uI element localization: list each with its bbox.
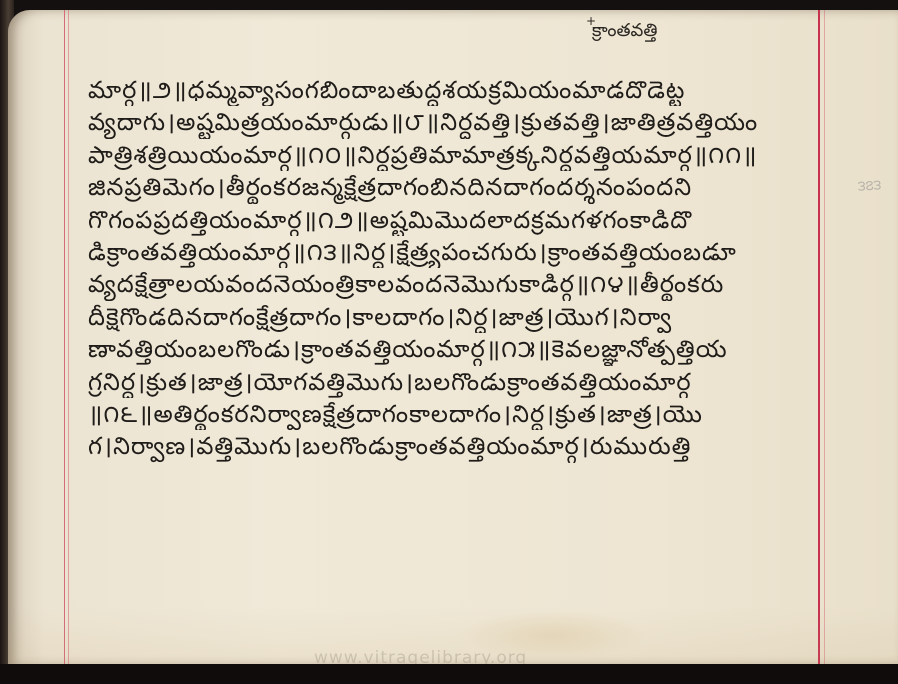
text-line: వ్యదక్షేత్రాలయవందనెయంత్రికాలవందనెమొగుకాడ… [88, 268, 818, 300]
text-line: మార్గ॥౨॥ధమ్మవ్యాసంగబిందాబతుద్ధశయక్రమియంమ… [88, 74, 818, 106]
manuscript-text: మార్గ॥౨॥ధమ్మవ్యాసంగబిందాబతుద్ధశయక్రమియంమ… [88, 74, 818, 463]
right-margin-rule-outer [824, 10, 825, 666]
text-line: గ్రనిర్ధ।క్రుత।జాత్ర।యోగవత్తిమొగు।బలగొండ… [88, 366, 818, 398]
right-margin-rule [818, 10, 820, 666]
bottom-edge [0, 664, 898, 684]
text-line: గ।నిర్వాణ।వత్తిమొగు।బలగొండుక్రాంతవత్తియం… [88, 430, 818, 462]
bleed-through-page-number: ౩౭౩ [857, 177, 882, 198]
text-line: ॥౧౬॥అతిర్థంకరనిర్వాణక్షేత్రదాగంకాలదాగం।న… [88, 398, 818, 430]
text-line: పాత్రిశత్రియియంమార్గ॥౧౦॥నిర్ధప్రతిమామాత్… [88, 139, 818, 171]
left-margin-rule [64, 10, 65, 666]
text-line: ణావత్తియంబలగొండు।క్రాంతవత్తియంమార్గ॥౧౫॥క… [88, 333, 818, 365]
text-line: గొగంపప్రదత్తియంమార్గ॥౧౨॥అష్టమిమొదలాదక్రమ… [88, 204, 818, 236]
text-line: దీక్షెగొండదినదాగంక్షేత్రదాగం।కాలదాగం।నిర… [88, 301, 818, 333]
text-line: జినప్రతిమెగం।తీర్థంకరజన్మక్షేత్రదాగంబినద… [88, 171, 818, 203]
left-margin-rule-inner [68, 10, 69, 666]
text-line: డిక్రాంతవత్తియంమార్గ॥౧౩॥నిర్ధ।క్షేత్ర్యప… [88, 236, 818, 268]
text-line: వ్యదాగు।అష్టమిత్రయంమార్గుడు॥౮॥నిర్ధవత్తి… [88, 106, 818, 138]
page-header: క్రాంతవత్తి [592, 20, 657, 45]
